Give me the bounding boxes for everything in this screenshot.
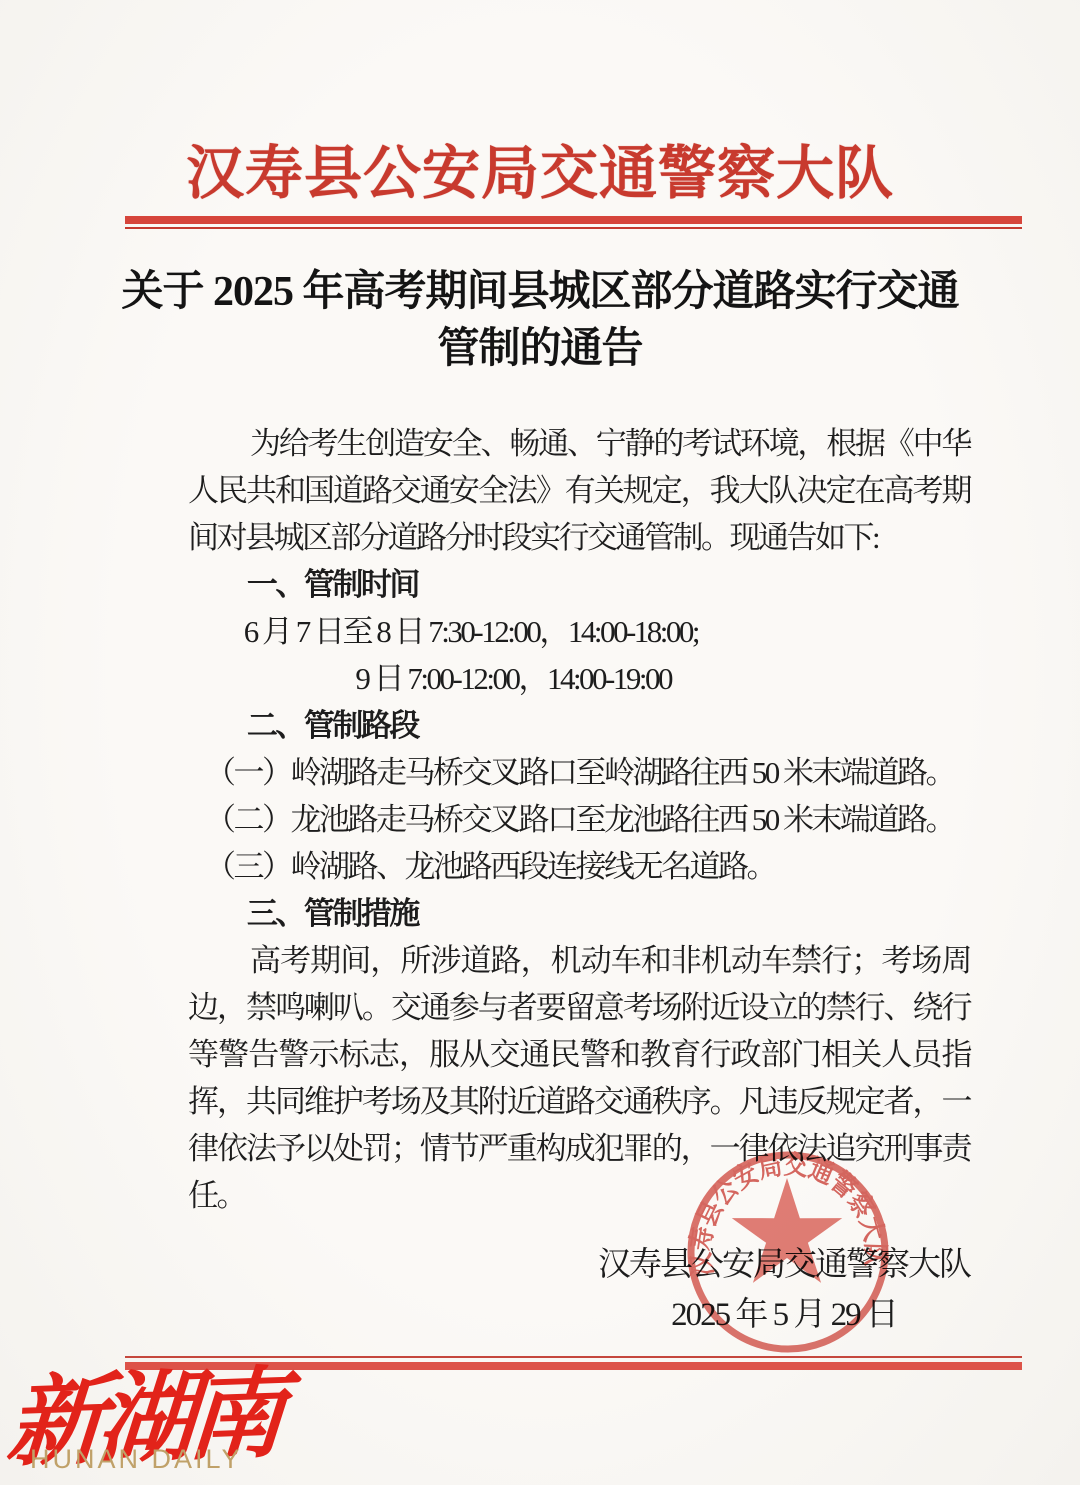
- divider-thick-line: [125, 216, 1022, 224]
- signature-agency: 汉寿县公安局交通警察大队: [598, 1240, 970, 1290]
- section1-heading: 一、管制时间: [188, 561, 970, 608]
- section2-heading: 二、管制路段: [188, 702, 970, 749]
- signature-block: 汉寿县公安局交通警察大队 2025 年 5 月 29 日: [598, 1240, 970, 1340]
- road-item-1: （一）岭湖路走马桥交叉路口至岭湖路往西 50 米末端道路。: [188, 749, 970, 796]
- document-title: 关于 2025 年高考期间县城区部分道路实行交通 管制的通告: [90, 264, 990, 378]
- section3-heading: 三、管制措施: [188, 890, 970, 937]
- control-time-line1: 6 月 7 日至 8 日 7:30-12:00，14:00-18:00;: [188, 608, 970, 655]
- hunan-daily-logo-english: HUNAN DAILY: [30, 1444, 243, 1475]
- road-item-3: （三）岭湖路、龙池路西段连接线无名道路。: [188, 843, 970, 890]
- signature-date: 2025 年 5 月 29 日: [598, 1290, 970, 1340]
- control-time-line2: 9 日 7:00-12:00，14:00-19:00: [188, 655, 970, 702]
- document-title-line1: 关于 2025 年高考期间县城区部分道路实行交通: [121, 269, 958, 315]
- letterhead-agency-title: 汉寿县公安局交通警察大队: [0, 126, 1080, 210]
- road-item-2: （二）龙池路走马桥交叉路口至龙池路往西 50 米末端道路。: [188, 796, 970, 843]
- document-title-line2: 管制的通告: [437, 326, 642, 372]
- measures-paragraph: 高考期间，所涉道路，机动车和非机动车禁行；考场周边，禁鸣喇叭。交通参与者要留意考…: [188, 937, 970, 1219]
- scanned-notice-page: 汉寿县公安局交通警察大队 关于 2025 年高考期间县城区部分道路实行交通 管制…: [0, 0, 1080, 1485]
- letterhead-divider: [125, 216, 1022, 229]
- document-body: 为给考生创造安全、畅通、宁静的考试环境，根据《中华人民共和国道路交通安全法》有关…: [188, 420, 970, 1219]
- intro-paragraph: 为给考生创造安全、畅通、宁静的考试环境，根据《中华人民共和国道路交通安全法》有关…: [188, 420, 970, 561]
- divider-thin-line: [125, 227, 1022, 229]
